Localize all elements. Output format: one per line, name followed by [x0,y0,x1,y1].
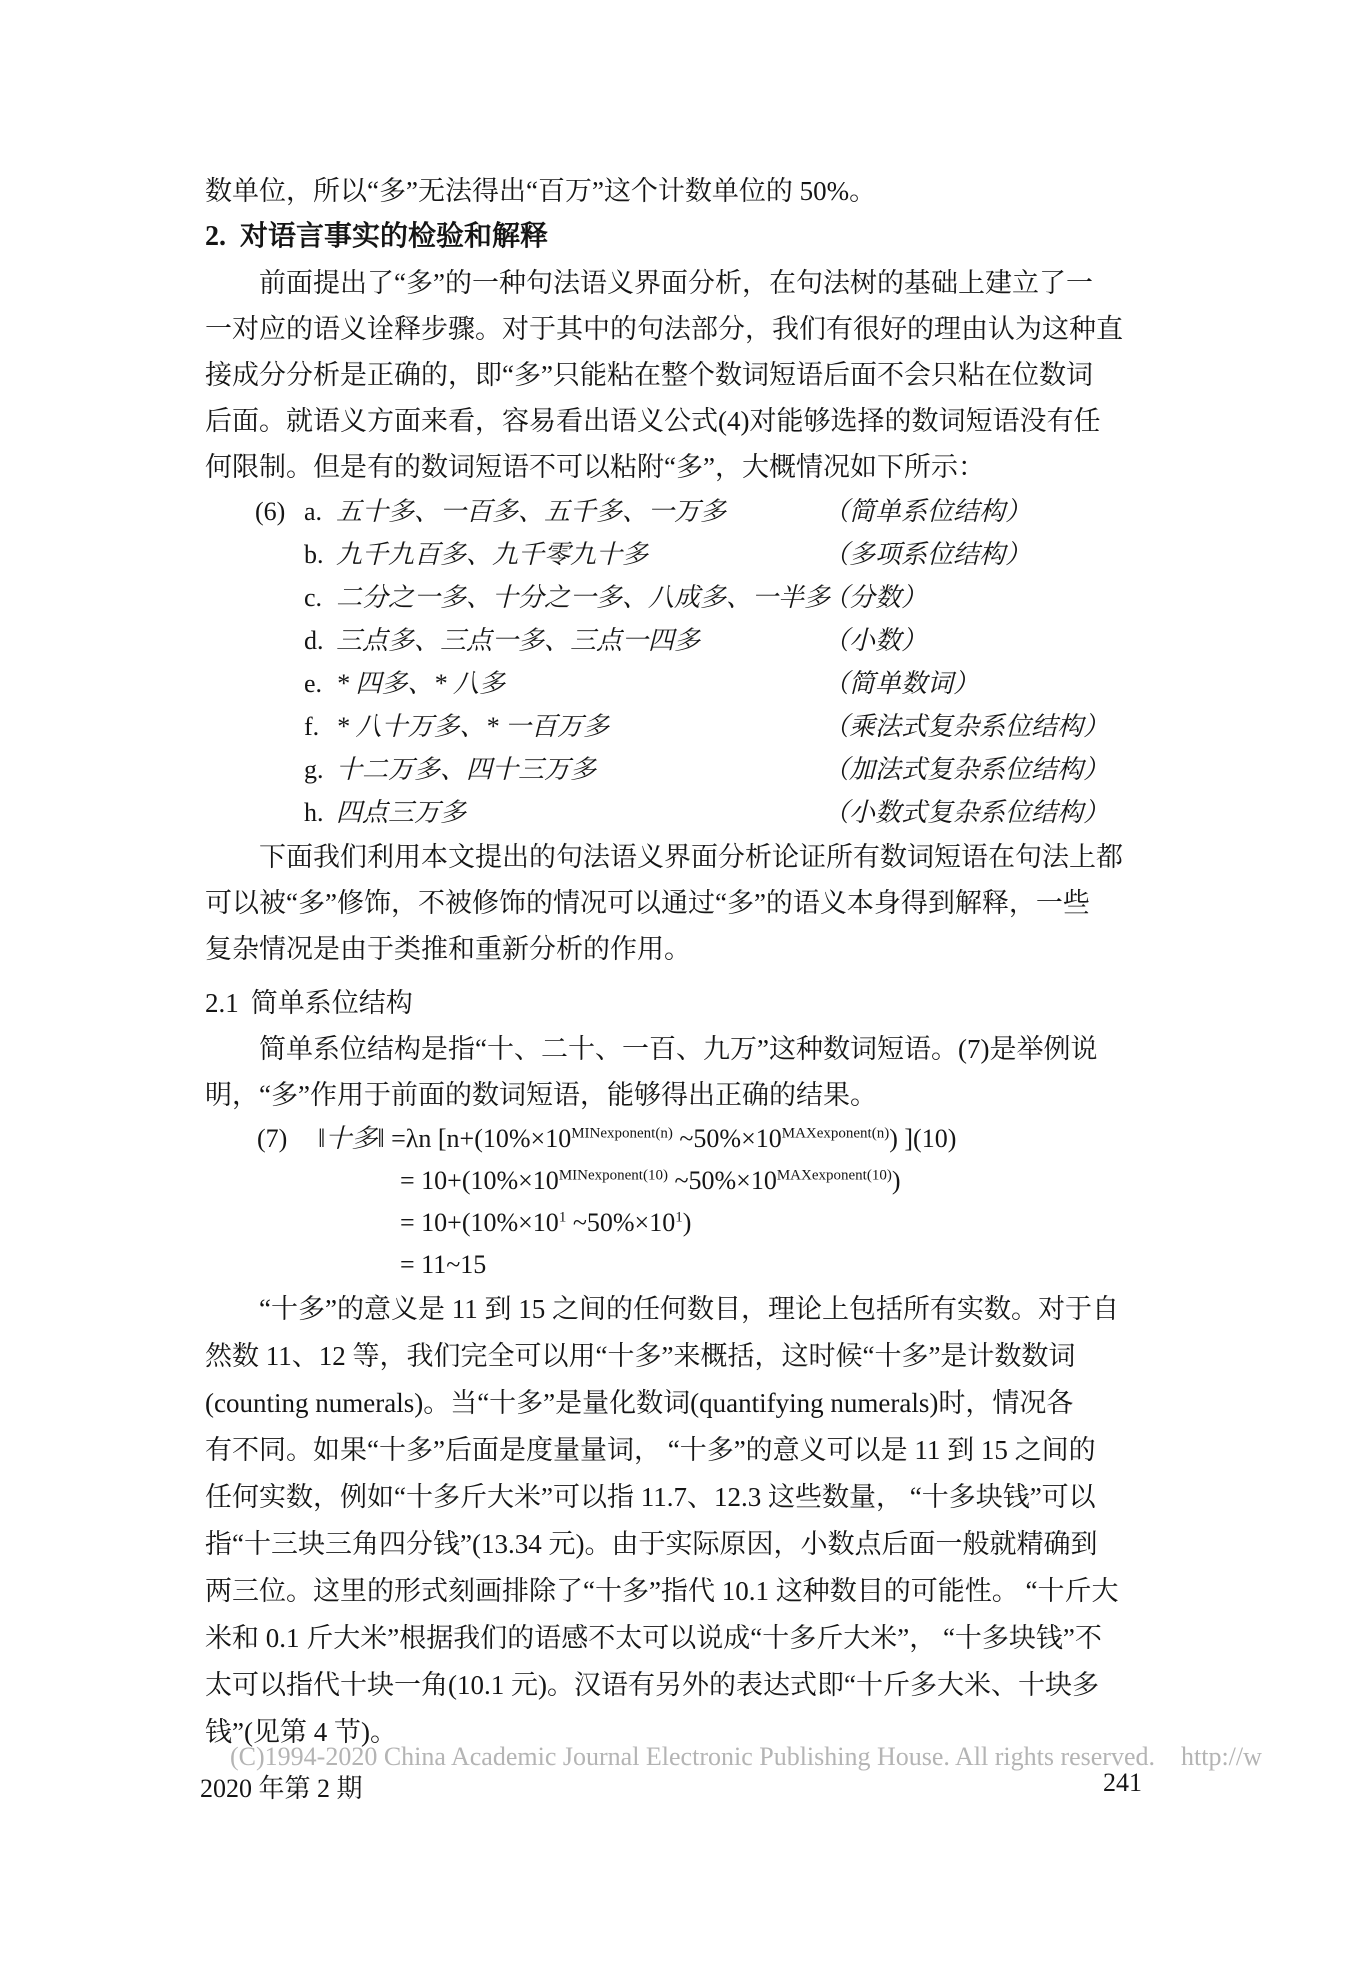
section-2-title: 对语言事实的检验和解释 [240,221,548,252]
paragraph-line: 太可以指代十块一角(10.1 元)。汉语有另外的表达式即“十斤多大米、十块多 [205,1662,1165,1709]
example-text: 四点三万多 [336,791,466,834]
example-letter: d. [304,619,324,662]
formula-expression: = 11~15 [400,1244,486,1286]
example-group-label: (6) [255,490,285,533]
example-text: * 四多、* 八多 [336,662,505,705]
page-body: 数单位，所以“多”无法得出“百万”这个计数单位的 50%。 2.对语言事实的检验… [205,0,1165,1756]
example-row: f. * 八十万多、* 一百万多 （乘法式复杂系位结构） [205,705,1165,748]
journal-issue-label: 2020 年第 2 期 [200,1768,363,1805]
example-letter: a. [304,490,322,533]
paragraph-line: 下面我们利用本文提出的句法语义界面分析论证所有数词短语在句法上都 [205,834,1165,880]
paragraph-line: 明，“多”作用于前面的数词短语，能够得出正确的结果。 [205,1072,1165,1118]
formula-line: = 10+(10%×101 ~50%×101) [205,1202,1165,1244]
example-letter: c. [304,576,322,619]
example-letter: b. [304,533,324,576]
intro-line: 数单位，所以“多”无法得出“百万”这个计数单位的 50%。 [205,168,1165,214]
example-text: 十二万多、四十三万多 [336,748,596,791]
example-row: c. 二分之一多、十分之一多、八成多、一半多 （分数） [205,576,1165,619]
example-row: e. * 四多、* 八多 （简单数词） [205,662,1165,705]
formula-label: (7) [257,1118,287,1160]
example-text: 三点多、三点一多、三点一四多 [336,619,700,662]
example-letter: f. [304,705,319,748]
example-row: b. 九千九百多、九千零九十多 （多项系位结构） [205,533,1165,576]
paragraph-line: 指“十三块三角四分钱”(13.34 元)。由于实际原因，小数点后面一般就精确到 [205,1521,1165,1568]
formula-7-block: (7) ‖十多‖ =λn [n+(10%×10MINexponent(n) ~5… [205,1118,1165,1286]
paragraph-3: 简单系位结构是指“十、二十、一百、九万”这种数词短语。(7)是举例说 明，“多”… [205,1026,1165,1118]
example-row: g. 十二万多、四十三万多 （加法式复杂系位结构） [205,748,1165,791]
paragraph-4: “十多”的意义是 11 到 15 之间的任何数目，理论上包括所有实数。对于自 然… [205,1286,1165,1756]
example-text: 九千九百多、九千零九十多 [336,533,648,576]
paragraph-line: 后面。就语义方面来看，容易看出语义公式(4)对能够选择的数词短语没有任 [205,398,1165,444]
example-letter: g. [304,748,324,791]
paragraph-line: 米和 0.1 斤大米”根据我们的语感不太可以说成“十多斤大米”， “十多块钱”不 [205,1615,1165,1662]
paragraph-1: 前面提出了“多”的一种句法语义界面分析，在句法树的基础上建立了一 一对应的语义诠… [205,260,1165,490]
section-2-1-title: 简单系位结构 [251,988,413,1018]
paragraph-line: 可以被“多”修饰，不被修饰的情况可以通过“多”的语义本身得到解释，一些 [205,880,1165,926]
example-note: （乘法式复杂系位结构） [823,705,1109,748]
example-note: （小数） [823,619,927,662]
paragraph-line: 复杂情况是由于类推和重新分析的作用。 [205,926,1165,972]
section-2-1-number: 2.1 [205,988,239,1018]
section-2-heading: 2.对语言事实的检验和解释 [205,214,1165,260]
paragraph-line: 然数 11、12 等，我们完全可以用“十多”来概括，这时候“十多”是计数数词 [205,1333,1165,1380]
example-note: （小数式复杂系位结构） [823,791,1109,834]
formula-line: (7) ‖十多‖ =λn [n+(10%×10MINexponent(n) ~5… [205,1118,1165,1160]
section-2-1-heading: 2.1简单系位结构 [205,980,1165,1026]
paragraph-line: 前面提出了“多”的一种句法语义界面分析，在句法树的基础上建立了一 [205,260,1165,306]
example-note: （分数） [823,576,927,619]
paragraph-line: 任何实数，例如“十多斤大米”可以指 11.7、12.3 这些数量， “十多块钱”… [205,1474,1165,1521]
formula-expression: ‖十多‖ =λn [n+(10%×10MINexponent(n) ~50%×1… [318,1118,956,1160]
example-text: * 八十万多、* 一百万多 [336,705,609,748]
paragraph-line: 简单系位结构是指“十、二十、一百、九万”这种数词短语。(7)是举例说 [205,1026,1165,1072]
paragraph-line: (counting numerals)。当“十多”是量化数词(quantifyi… [205,1380,1165,1427]
example-note: （简单数词） [823,662,979,705]
example-row: (6) a. 五十多、一百多、五千多、一万多 （简单系位结构） [205,490,1165,533]
paragraph-line: 两三位。这里的形式刻画排除了“十多”指代 10.1 这种数目的可能性。 “十斤大 [205,1568,1165,1615]
example-note: （加法式复杂系位结构） [823,748,1109,791]
example-note: （多项系位结构） [823,533,1031,576]
formula-expression: = 10+(10%×10MINexponent(10) ~50%×10MAXex… [400,1160,901,1202]
formula-line: = 11~15 [205,1244,1165,1286]
paragraph-line: 接成分分析是正确的，即“多”只能粘在整个数词短语后面不会只粘在位数词 [205,352,1165,398]
paragraph-2: 下面我们利用本文提出的句法语义界面分析论证所有数词短语在句法上都 可以被“多”修… [205,834,1165,972]
examples-6-block: (6) a. 五十多、一百多、五千多、一万多 （简单系位结构） b. 九千九百多… [205,490,1165,834]
formula-expression: = 10+(10%×101 ~50%×101) [400,1202,691,1244]
example-letter: h. [304,791,324,834]
section-2-number: 2. [205,221,226,252]
formula-line: = 10+(10%×10MINexponent(10) ~50%×10MAXex… [205,1160,1165,1202]
example-text: 二分之一多、十分之一多、八成多、一半多 [336,576,830,619]
document-page: 数单位，所以“多”无法得出“百万”这个计数单位的 50%。 2.对语言事实的检验… [0,0,1360,1965]
example-row: d. 三点多、三点一多、三点一四多 （小数） [205,619,1165,662]
paragraph-line: “十多”的意义是 11 到 15 之间的任何数目，理论上包括所有实数。对于自 [205,1286,1165,1333]
example-letter: e. [304,662,322,705]
example-note: （简单系位结构） [823,490,1031,533]
page-number: 241 [1103,1768,1142,1798]
example-row: h. 四点三万多 （小数式复杂系位结构） [205,791,1165,834]
paragraph-line: 有不同。如果“十多”后面是度量量词， “十多”的意义可以是 11 到 15 之间… [205,1427,1165,1474]
paragraph-line: 一对应的语义诠释步骤。对于其中的句法部分，我们有很好的理由认为这种直 [205,306,1165,352]
paragraph-line: 何限制。但是有的数词短语不可以粘附“多”，大概情况如下所示： [205,444,1165,490]
example-text: 五十多、一百多、五千多、一万多 [336,490,726,533]
